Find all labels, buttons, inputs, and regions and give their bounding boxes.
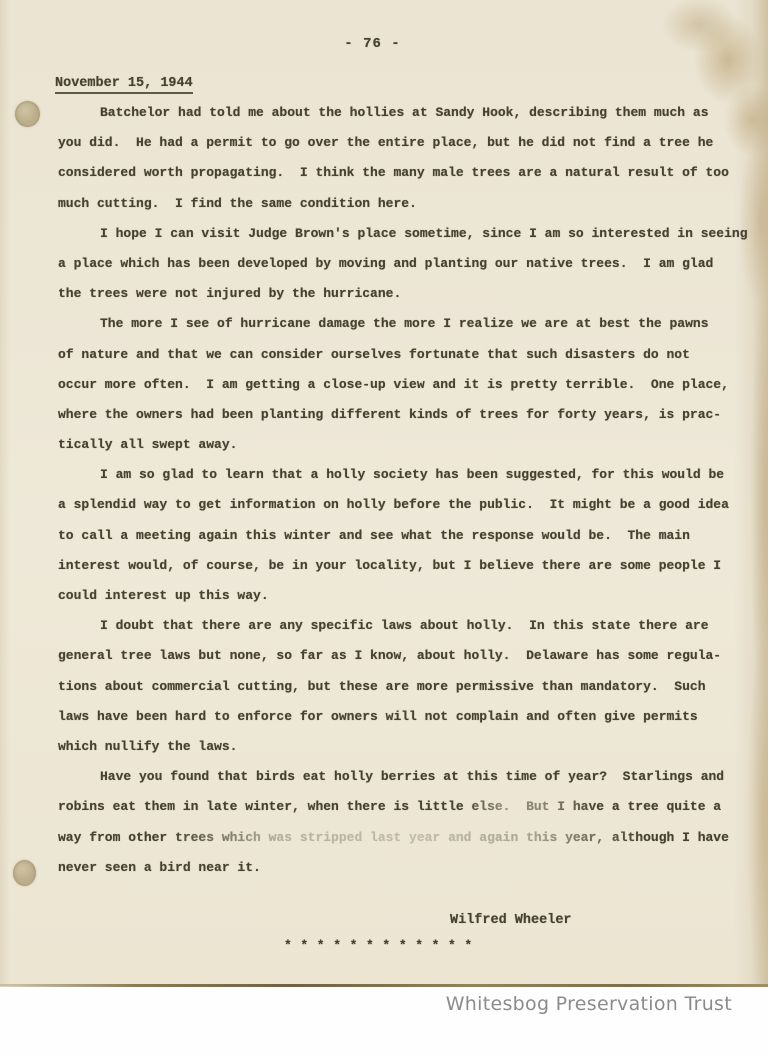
letter-line: a splendid way to get information on hol… — [58, 497, 753, 527]
letter-line: never seen a bird near it. — [58, 860, 753, 890]
archive-credit: Whitesbog Preservation Trust — [446, 993, 732, 1015]
letter-line: I am so glad to learn that a holly socie… — [58, 467, 753, 497]
letter-line: I doubt that there are any specific laws… — [58, 618, 753, 648]
letter-line: you did. He had a permit to go over the … — [58, 135, 753, 165]
letter-line: The more I see of hurricane damage the m… — [58, 316, 753, 346]
letter-line: Batchelor had told me about the hollies … — [58, 105, 753, 135]
letter-line: a place which has been developed by movi… — [58, 256, 753, 286]
letter-line: considered worth propagating. I think th… — [58, 165, 753, 195]
letter-line: could interest up this way. — [58, 588, 753, 618]
letter-line: much cutting. I find the same condition … — [58, 196, 753, 226]
scanned-letter-page: - 76 - November 15, 1944 Batchelor had t… — [0, 0, 768, 1056]
punch-hole-top-icon — [15, 101, 40, 127]
letter-line: where the owners had been planting diffe… — [58, 407, 753, 437]
page-number: - 76 - — [0, 36, 745, 52]
letter-line: which nullify the laws. — [58, 739, 753, 769]
letter-line: I hope I can visit Judge Brown's place s… — [58, 226, 753, 256]
letter-line: way from other trees which was stripped … — [58, 830, 753, 860]
punch-hole-bottom-icon — [13, 860, 36, 886]
letter-line: Have you found that birds eat holly berr… — [58, 769, 753, 799]
footer-band: Whitesbog Preservation Trust — [0, 987, 768, 1056]
letter-line: interest would, of course, be in your lo… — [58, 558, 753, 588]
signature: Wilfred Wheeler — [450, 913, 572, 928]
letter-date: November 15, 1944 — [55, 76, 193, 94]
letter-line: tions about commercial cutting, but thes… — [58, 679, 753, 709]
paper-scan: - 76 - November 15, 1944 Batchelor had t… — [0, 0, 768, 986]
letter-line: tically all swept away. — [58, 437, 753, 467]
letter-line: of nature and that we can consider ourse… — [58, 347, 753, 377]
asterisk-divider: * * * * * * * * * * * * — [284, 938, 473, 953]
letter-line: general tree laws but none, so far as I … — [58, 648, 753, 678]
letter-line: robins eat them in late winter, when the… — [58, 799, 753, 829]
letter-line: the trees were not injured by the hurric… — [58, 286, 753, 316]
letter-body: Batchelor had told me about the hollies … — [58, 105, 753, 890]
letter-line: to call a meeting again this winter and … — [58, 528, 753, 558]
letter-line: occur more often. I am getting a close-u… — [58, 377, 753, 407]
letter-line: laws have been hard to enforce for owner… — [58, 709, 753, 739]
